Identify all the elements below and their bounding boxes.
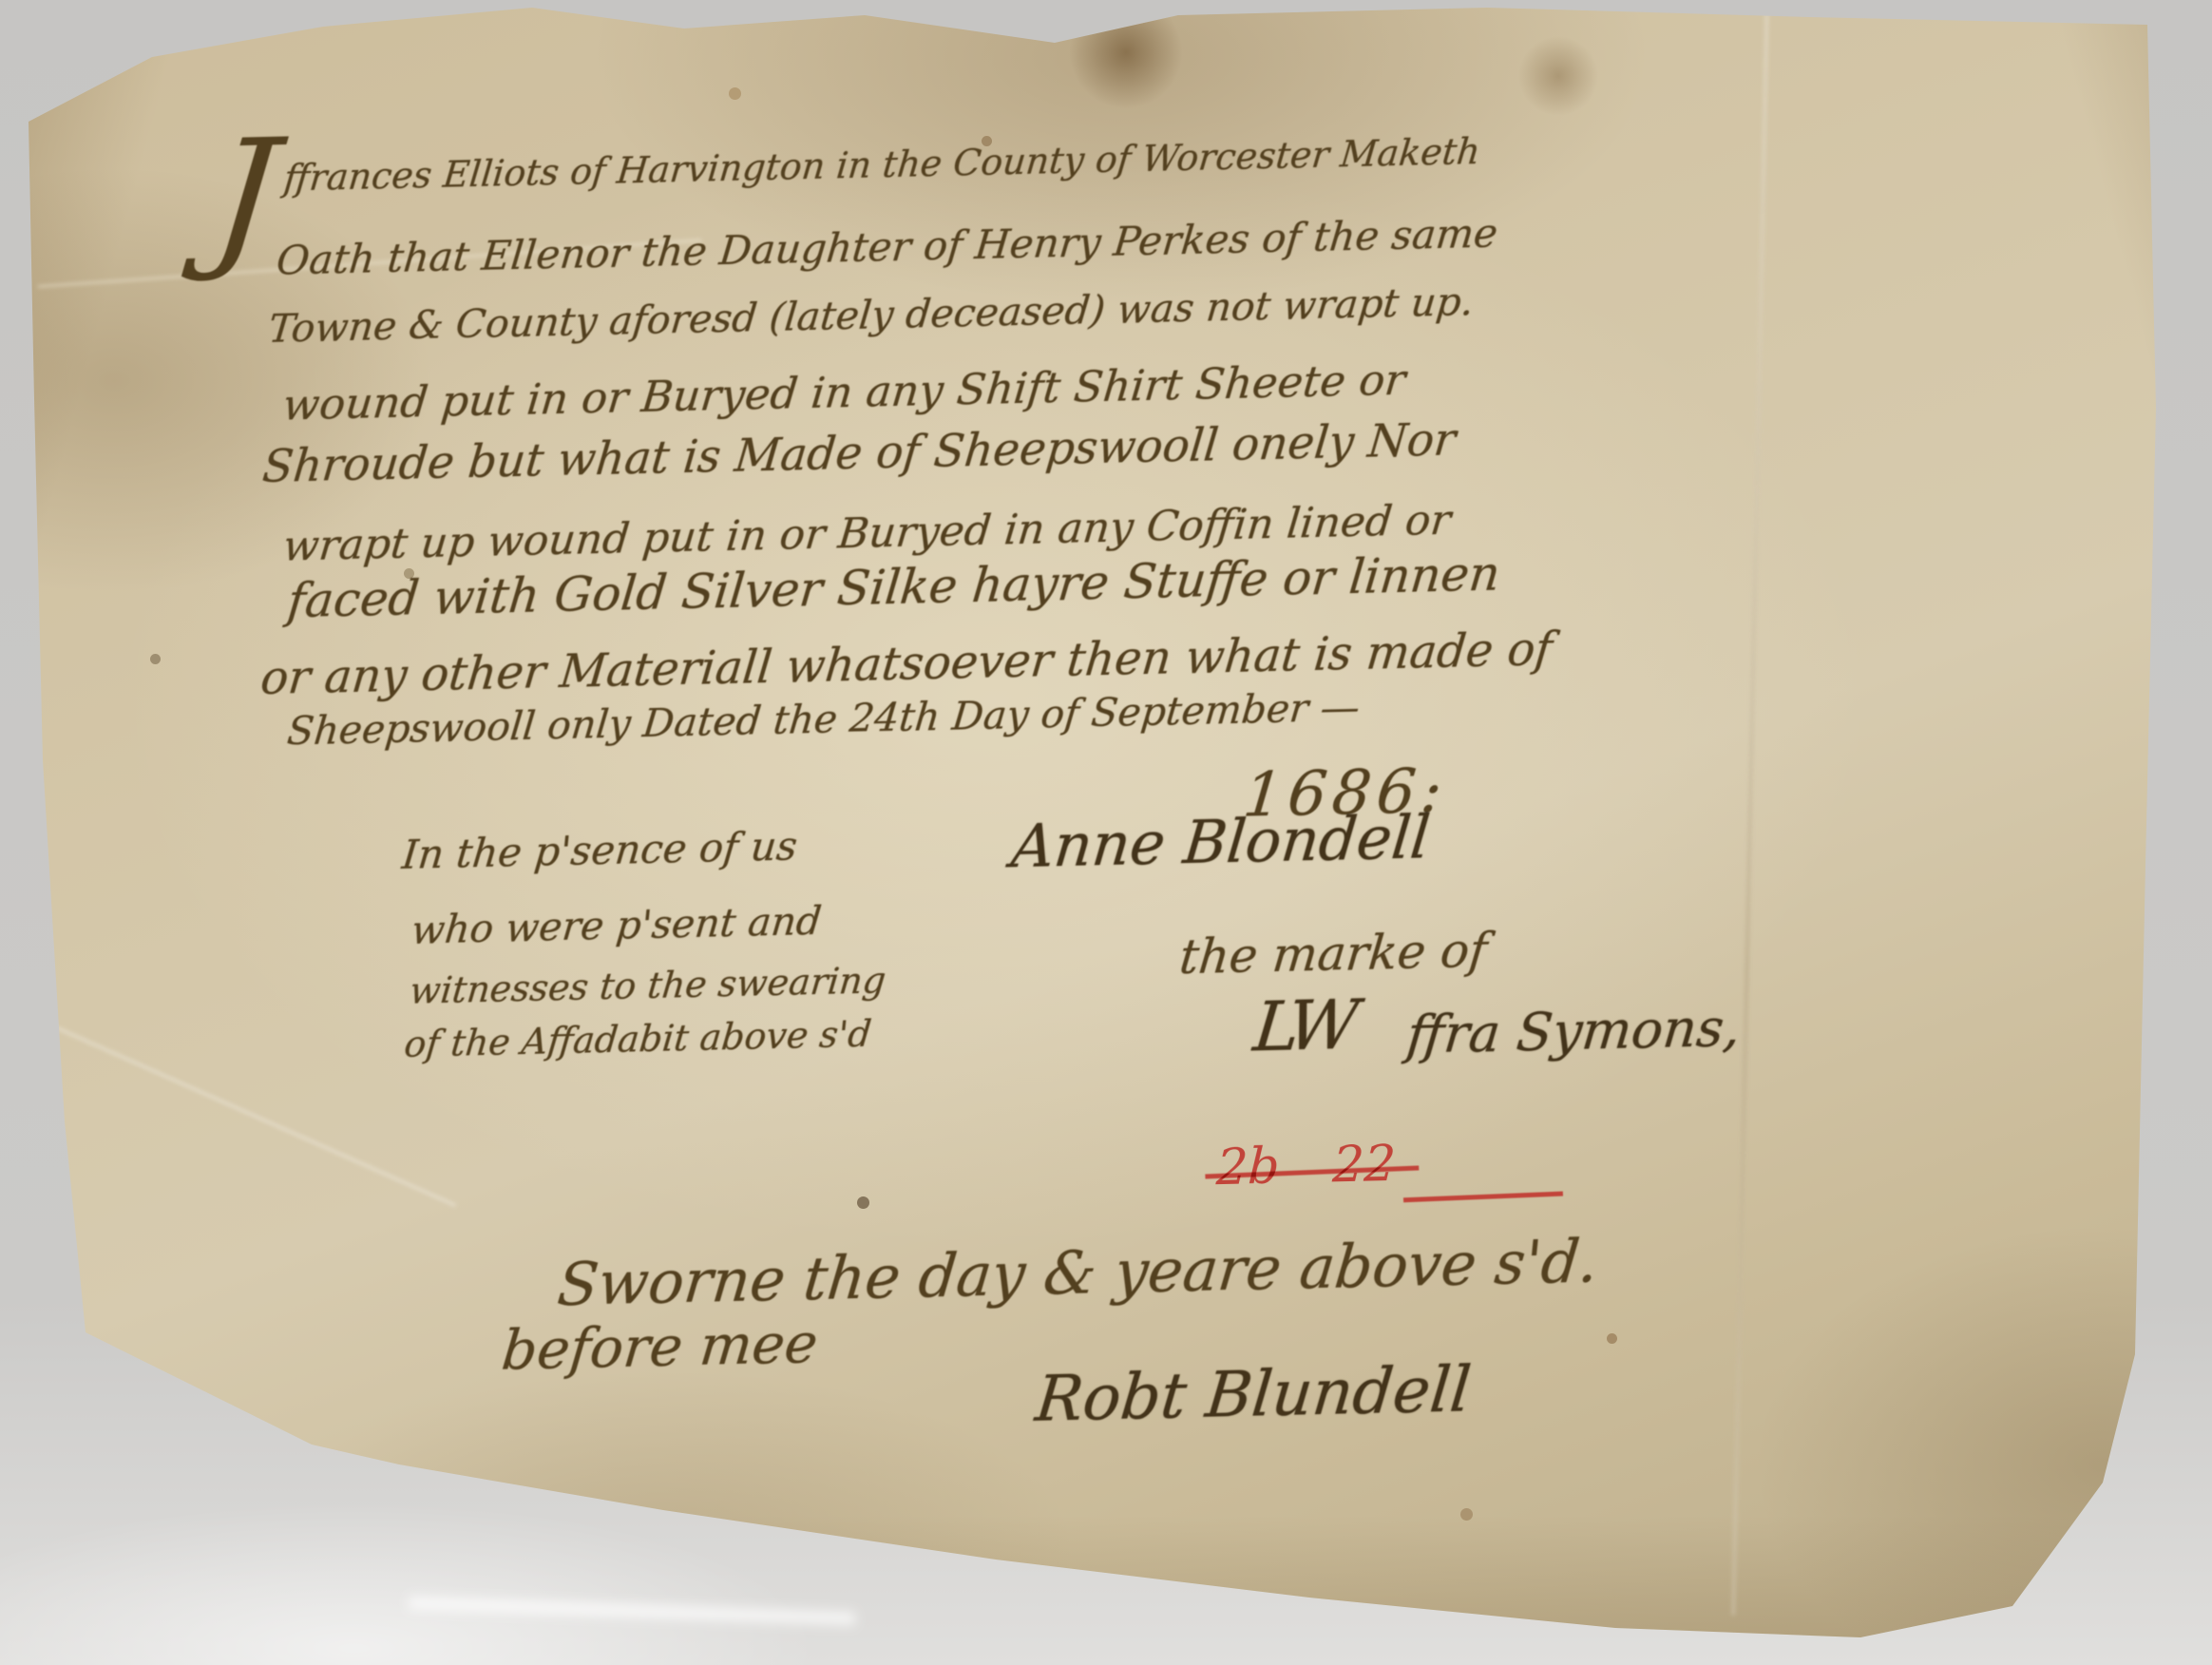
signature-anne-blondell: Anne Blondell bbox=[1008, 802, 1433, 881]
photo-backdrop: J ffrances Elliots of Harvington in the … bbox=[0, 0, 2212, 1665]
affidavit-line-1: ffrances Elliots of Harvington in the Co… bbox=[282, 130, 1482, 200]
mark-caption: the marke of bbox=[1177, 923, 1490, 985]
affidavit-text-layer: J ffrances Elliots of Harvington in the … bbox=[0, 0, 2212, 1665]
affidavit-line-3: Towne & County aforesd (lately deceased)… bbox=[266, 278, 1476, 352]
initial-letter-j: J bbox=[206, 105, 285, 285]
archival-number-crossed-out: 2b bbox=[1215, 1139, 1281, 1197]
witness-clause-line-1: In the p'sence of us bbox=[400, 822, 799, 878]
archival-number-current: 22 bbox=[1331, 1136, 1397, 1195]
signature-robt-blundell: Robt Blundell bbox=[1033, 1352, 1475, 1436]
witness-clause-line-3: witnesses to the swearing bbox=[408, 959, 887, 1011]
affidavit-line-2: Oath that Ellenor the Daughter of Henry … bbox=[275, 209, 1500, 283]
jurat-sworn-line: Sworne the day & yeare above s'd. bbox=[555, 1226, 1602, 1319]
red-underline bbox=[1403, 1192, 1563, 1203]
witness-clause-line-4: of the Affadabit above s'd bbox=[403, 1012, 874, 1064]
witness-clause-line-2: who were p'sent and bbox=[410, 898, 824, 953]
archival-number-red: 2b22 bbox=[1215, 1136, 1397, 1196]
jurat-before-line: before mee bbox=[499, 1311, 821, 1383]
symons-mark-glyph: LW bbox=[1250, 985, 1357, 1067]
signature-ffra-symons: ffra Symons, bbox=[1404, 997, 1744, 1065]
